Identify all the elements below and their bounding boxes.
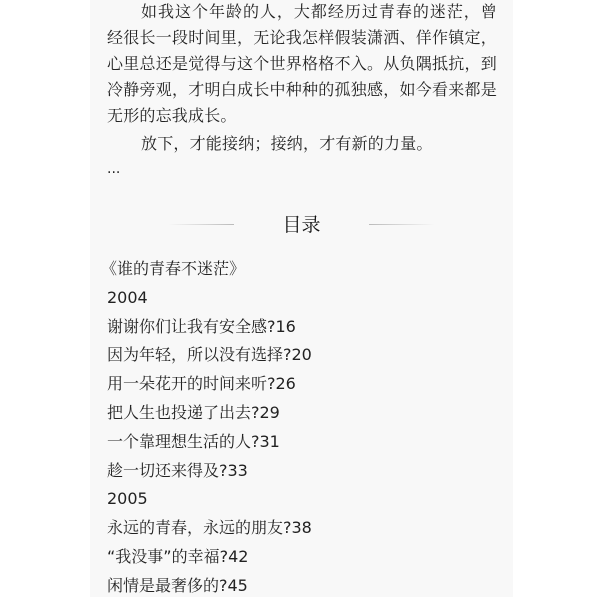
toc-chapter-item[interactable]: 谢谢你们让我有安全感?16 [107,313,312,342]
toc-chapter-item[interactable]: 永远的青春，永远的朋友?38 [107,514,312,543]
toc-chapter-item[interactable]: 闲情是最奢侈的?45 [107,572,312,601]
toc-chapter-item[interactable]: 用一朵花开的时间来听?26 [107,370,312,399]
toc-chapter-item[interactable]: 把人生也投递了出去?29 [107,399,312,428]
toc-book-title[interactable]: 《谁的青春不迷茫》 [101,255,312,284]
intro-paragraph: 如我这个年龄的人，大都经历过青春的迷茫，曾经很长一段时间里，无论我怎样假装潇洒、… [107,0,497,129]
intro-paragraph: 放下，才能接纳；接纳，才有新的力量。 [107,131,497,157]
toc-chapter-item[interactable]: 一个靠理想生活的人?31 [107,428,312,457]
toc-chapter-item[interactable]: 趁一切还来得及?33 [107,457,312,486]
document-page: 如我这个年龄的人，大都经历过青春的迷茫，曾经很长一段时间里，无论我怎样假装潇洒、… [90,0,513,597]
toc-year-heading[interactable]: 2005 [107,485,312,514]
toc-chapter-item[interactable]: 因为年轻，所以没有选择?20 [107,341,312,370]
toc-year-heading[interactable]: 2004 [107,284,312,313]
toc-header: 目录 [90,210,513,240]
toc-chapter-item[interactable]: “我没事”的幸福?42 [107,543,312,572]
toc-title: 目录 [90,210,513,240]
toc-list: 《谁的青春不迷茫》 2004 谢谢你们让我有安全感?16 因为年轻，所以没有选择… [107,255,312,601]
divider-line-right [369,224,435,225]
ellipsis: ... [107,159,120,179]
